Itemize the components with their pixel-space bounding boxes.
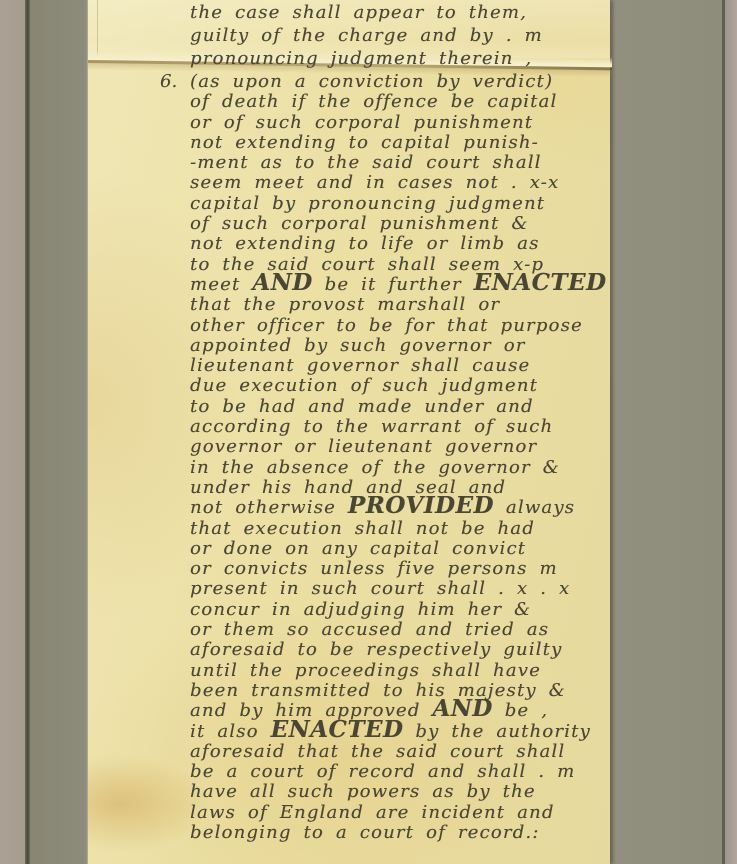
manuscript-line: or convicts unless five persons m xyxy=(190,559,610,579)
mat-left-outer-band xyxy=(0,0,25,864)
engrossed-word: AND xyxy=(432,695,492,722)
mat-right-outer-band xyxy=(725,0,737,864)
manuscript-line: of such corporal punishment & xyxy=(190,214,610,234)
manuscript-line: appointed by such governor or xyxy=(190,336,610,356)
handwritten-text-main: 6.(as upon a conviction by verdict)of de… xyxy=(190,72,610,843)
manuscript-line: the case shall appear to them, xyxy=(190,1,610,24)
handwritten-text-above-fold: the case shall appear to them,guilty of … xyxy=(190,1,610,70)
manuscript-line: laws of England are incident and xyxy=(190,803,610,823)
manuscript-line: other officer to be for that purpose xyxy=(190,316,610,336)
manuscript-line: 6.(as upon a conviction by verdict) xyxy=(190,72,610,92)
manuscript-line: or of such corporal punishment xyxy=(190,113,610,133)
manuscript-line: been transmitted to his majesty & xyxy=(190,681,610,701)
manuscript-line: or them so accused and tried as xyxy=(190,620,610,640)
manuscript-line: -ment as to the said court shall xyxy=(190,153,610,173)
manuscript-line: of death if the offence be capital xyxy=(190,92,610,112)
manuscript-line: belonging to a court of record.: xyxy=(190,823,610,843)
manuscript-line: capital by pronouncing judgment xyxy=(190,194,610,214)
manuscript-line: meet AND be it further ENACTED xyxy=(190,275,610,295)
manuscript-line: not otherwise PROVIDED always xyxy=(190,498,610,518)
manuscript-line: not extending to capital punish- xyxy=(190,133,610,153)
engrossed-word: ENACTED xyxy=(474,269,607,296)
clause-number: 6. xyxy=(160,72,177,92)
manuscript-line: due execution of such judgment xyxy=(190,376,610,396)
manuscript-page: the case shall appear to them,guilty of … xyxy=(88,0,610,864)
manuscript-line: lieutenant governor shall cause xyxy=(190,356,610,376)
manuscript-line: governor or lieutenant governor xyxy=(190,437,610,457)
manuscript-line: concur in adjudging him her & xyxy=(190,600,610,620)
manuscript-line: guilty of the charge and by . m xyxy=(190,24,610,47)
manuscript-line: that execution shall not be had xyxy=(190,519,610,539)
manuscript-line: or done on any capital convict xyxy=(190,539,610,559)
manuscript-line: until the proceedings shall have xyxy=(190,661,610,681)
manuscript-photograph: the case shall appear to them,guilty of … xyxy=(0,0,737,864)
manuscript-line: have all such powers as by the xyxy=(190,782,610,802)
manuscript-line: aforesaid that the said court shall xyxy=(190,742,610,762)
manuscript-line: to be had and made under and xyxy=(190,397,610,417)
manuscript-line: that the provost marshall or xyxy=(190,295,610,315)
manuscript-line: be a court of record and shall . m xyxy=(190,762,610,782)
manuscript-line: aforesaid to be respectively guilty xyxy=(190,640,610,660)
manuscript-line: not extending to life or limb as xyxy=(190,234,610,254)
fold-left-seam xyxy=(97,0,98,56)
manuscript-line: present in such court shall . x . x xyxy=(190,579,610,599)
engrossed-word: AND xyxy=(252,269,312,296)
manuscript-line: seem meet and in cases not . x-x xyxy=(190,173,610,193)
manuscript-line: according to the warrant of such xyxy=(190,417,610,437)
manuscript-line: it also ENACTED by the authority xyxy=(190,722,610,742)
engrossed-word: ENACTED xyxy=(271,716,404,743)
engrossed-word: PROVIDED xyxy=(348,492,494,519)
manuscript-line: in the absence of the governor & xyxy=(190,458,610,478)
manuscript-line: pronouncing judgment therein , xyxy=(190,47,610,70)
